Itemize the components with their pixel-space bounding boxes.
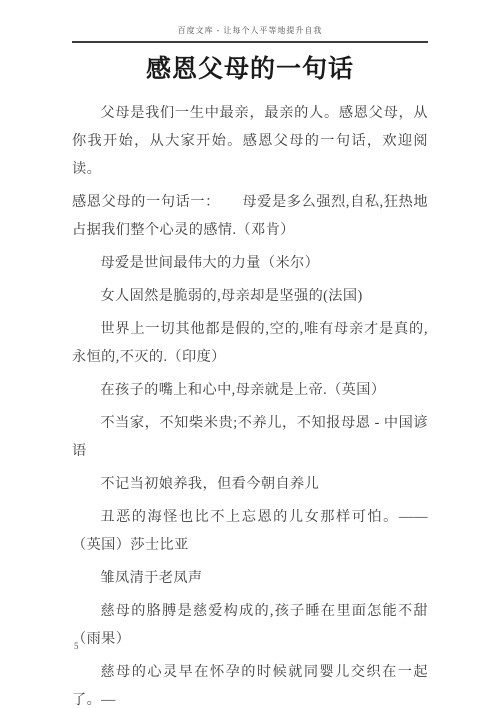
paragraph: 丑恶的海怪也比不上忘恩的儿女那样可怕。——（英国）莎士比亚 — [72, 503, 428, 559]
paragraph: 在孩子的嘴上和心中,母亲就是上帝.（英国） — [72, 376, 428, 404]
header-brand-line: 百度文库 - 让每个人平等地提升自我 — [178, 26, 323, 35]
page-title: 感恩父母的一句话 — [72, 54, 428, 86]
paragraph: 世界上一切其他都是假的,空的,唯有母亲才是真的,永恒的,不灭的.（印度） — [72, 315, 428, 371]
document-header: 百度文库 - 让每个人平等地提升自我 — [72, 26, 428, 43]
paragraph: 女人固然是脆弱的,母亲却是坚强的(法国) — [72, 282, 428, 310]
paragraph: 感恩父母的一句话一： 母爱是多么强烈,自私,狂热地占据我们整个心灵的感情.（邓肯… — [72, 188, 428, 244]
paragraph: 不当家，不知柴米贵;不养儿，不知报母恩 - 中国谚语 — [72, 409, 428, 465]
paragraph: 慈母的心灵早在怀孕的时候就同婴儿交织在一起了。— — [72, 658, 428, 708]
paragraph: 不记当初娘养我，但看今朝自养儿 — [72, 470, 428, 498]
paragraph: 父母是我们一生中最亲，最亲的人。感恩父母，从你我开始，从大家开始。感恩父母的一句… — [72, 99, 428, 183]
paragraph-list: 父母是我们一生中最亲，最亲的人。感恩父母，从你我开始，从大家开始。感恩父母的一句… — [72, 99, 428, 708]
page-number: 5 — [74, 641, 79, 651]
document-page: 百度文库 - 让每个人平等地提升自我 感恩父母的一句话 父母是我们一生中最亲，最… — [0, 0, 500, 708]
paragraph: 母爱是世间最伟大的力量（米尔） — [72, 249, 428, 277]
paragraph: 慈母的胳膊是慈爱构成的,孩子睡在里面怎能不甜（雨果） — [72, 597, 428, 653]
paragraph: 雏凤清于老凤声 — [72, 564, 428, 592]
